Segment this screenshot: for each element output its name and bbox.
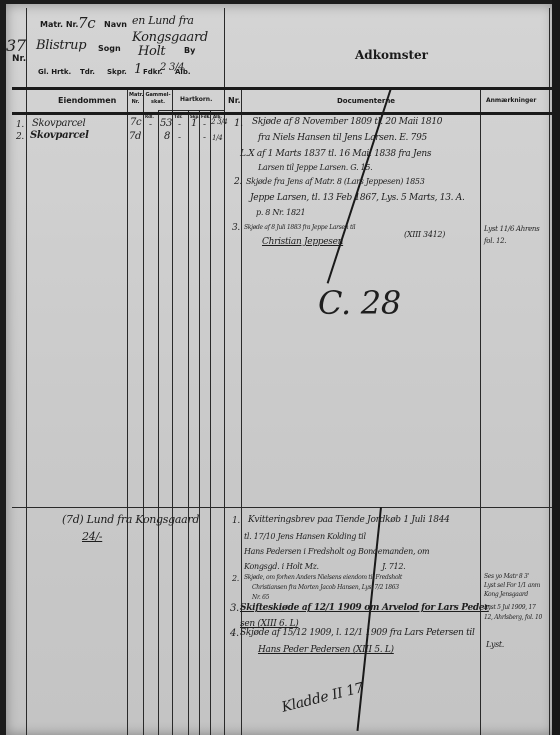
large-note: C. 28 bbox=[318, 284, 401, 322]
column-header-rule bbox=[12, 112, 552, 115]
col-rdl: Rdl. bbox=[145, 114, 154, 119]
doc-line: L.X af 1 Marts 1837 tl. 16 Maii 1838 fra… bbox=[240, 149, 431, 159]
doc-nr: 2. bbox=[232, 574, 239, 583]
by-label: By bbox=[184, 46, 195, 55]
doc-nr: 3. bbox=[232, 223, 240, 233]
doc-line: Skjøde af 8 Juli 1883 fra Jeppe Larsen t… bbox=[244, 224, 355, 231]
skpr-label: Skpr. bbox=[107, 68, 127, 76]
col-fdk: Fdk. bbox=[201, 114, 211, 119]
tdr-label: Tdr. bbox=[80, 68, 95, 76]
col-tdr: Tdr. bbox=[174, 114, 183, 119]
property-name: Skovparcel bbox=[30, 130, 89, 141]
column-divider bbox=[210, 110, 211, 735]
column-divider bbox=[549, 8, 550, 735]
lower-property-text: (7d) Lund fra Kongsgaard bbox=[62, 513, 199, 526]
property-fdk: - bbox=[203, 133, 206, 143]
navn-label: Navn bbox=[104, 20, 127, 29]
property-tdr: - bbox=[178, 120, 181, 130]
property-num: 2. bbox=[16, 132, 24, 142]
matr-label: Matr. Nr. bbox=[40, 20, 78, 29]
annotation: fol. 12. bbox=[484, 237, 506, 245]
doc-line: Larsen til Jeppe Larsen. G. 15. bbox=[258, 163, 372, 172]
property-name: Skovparcel bbox=[32, 118, 85, 129]
doc-line: Kongsgd. i Holt Mz. bbox=[244, 562, 319, 571]
doc-nr: 1. bbox=[234, 118, 243, 129]
annotation: Lyst 11/6 Ahrens bbox=[484, 225, 539, 233]
column-divider bbox=[158, 110, 159, 735]
annotation: Kong Jensgaard bbox=[484, 591, 528, 598]
doc-nr: 3. bbox=[230, 603, 239, 614]
property-alb: 2 3/4 bbox=[211, 118, 227, 126]
col-eiendommen: Eiendommen bbox=[58, 96, 116, 105]
annotation: Lyst. bbox=[486, 640, 504, 649]
column-divider bbox=[199, 110, 200, 735]
property-tdr: - bbox=[178, 133, 181, 143]
by-value: Holt bbox=[138, 44, 165, 59]
page-title: Adkomster bbox=[355, 48, 428, 62]
doc-line: Christiansen fra Morten Jacob Hansen, Ly… bbox=[252, 584, 399, 591]
property-fdk: - bbox=[203, 120, 206, 130]
doc-line: Hans Peder Pedersen (XIII 5. L) bbox=[258, 645, 394, 655]
doc-line: fra Niels Hansen til Jens Larsen. E. 795 bbox=[258, 133, 427, 143]
col-gammel-skat: Gammel-skat. bbox=[145, 92, 171, 106]
doc-line: Jeppe Larsen, tl. 13 Feb 1867, Lys. 5 Ma… bbox=[250, 193, 465, 203]
lower-property-value: 24/- bbox=[82, 530, 102, 543]
col-anmaerkninger: Anmærkninger bbox=[486, 97, 536, 104]
property-rdl: - bbox=[149, 120, 152, 130]
property-num: 1. bbox=[16, 120, 24, 130]
column-divider bbox=[172, 88, 173, 735]
doc-ref: J. 712. bbox=[382, 562, 405, 571]
doc-line: Skjøde fra Jens af Matr. 8 (Lars Jeppese… bbox=[246, 177, 425, 186]
column-divider bbox=[480, 88, 481, 735]
property-matr: 7d bbox=[129, 131, 141, 142]
property-matr: 7c bbox=[130, 117, 141, 128]
doc-line: Hans Pedersen i Fredsholt og Bondemanden… bbox=[244, 547, 429, 556]
doc-line: Skifteskiøde af 12/1 1909 om Arvelod for… bbox=[240, 603, 489, 613]
annotation: Lyst 5 Jul 1909, 17 bbox=[484, 604, 536, 611]
section-rule bbox=[12, 507, 552, 508]
property-skp: 1 bbox=[191, 118, 197, 129]
doc-line: Kvitteringsbrev paa Tiende Jordkøb 1 Jul… bbox=[248, 515, 450, 525]
col-nr: Nr. bbox=[228, 96, 241, 105]
skpr-value: 1 bbox=[134, 62, 142, 77]
column-divider bbox=[127, 88, 128, 735]
page-edge bbox=[552, 0, 560, 735]
sogn-label: Sogn bbox=[98, 44, 121, 53]
doc-line: tl. 17/10 Jens Hansen Kolding til bbox=[244, 532, 366, 541]
doc-line: Nr. 65 bbox=[252, 594, 269, 601]
sogn-value: Blistrup bbox=[36, 38, 86, 53]
doc-line: Skjøde af 8 November 1809 tl. 20 Maii 18… bbox=[252, 117, 442, 127]
matr-value: 7c bbox=[78, 14, 95, 32]
col-matr-nr: Matr. Nr. bbox=[129, 92, 142, 106]
header-rule bbox=[12, 87, 552, 90]
nr-label: Nr. bbox=[12, 54, 26, 64]
navn-value-2: Kongsgaard bbox=[132, 30, 208, 45]
property-alb: 1/4 bbox=[212, 134, 222, 142]
annotation: 12, Ahrlsberg, fol. 10 bbox=[484, 614, 542, 621]
navn-value: en Lund fra bbox=[132, 14, 194, 27]
annotation: Lyst sel For 1/1 anm bbox=[484, 582, 540, 589]
side-note: 37 bbox=[6, 36, 26, 55]
doc-ref: (XIII 3412) bbox=[404, 230, 445, 239]
annotation: Ses yo Matr 8 3' bbox=[484, 573, 529, 580]
doc-line: Christian Jeppesen bbox=[262, 237, 343, 247]
column-divider bbox=[26, 8, 27, 735]
alb-label: Alb. bbox=[175, 68, 191, 76]
doc-nr: 1. bbox=[232, 516, 240, 526]
doc-nr: 2. bbox=[234, 177, 242, 187]
doc-line: p. 8 Nr. 1821 bbox=[256, 208, 305, 217]
doc-line: Skjøde af 15/12 1909, l. 12/1 1909 fra L… bbox=[240, 628, 475, 638]
gl-hrtk-label: Gl. Hrtk. bbox=[38, 68, 71, 76]
property-s: 53 bbox=[160, 118, 172, 129]
doc-line: Skjøde, om forhen Anders Nielsens eiendo… bbox=[244, 574, 402, 581]
doc-nr: 4. bbox=[230, 628, 239, 639]
property-s: 8 bbox=[164, 131, 170, 142]
column-divider bbox=[143, 88, 144, 735]
column-divider bbox=[188, 110, 189, 735]
col-hartkorn: Hartkorn. bbox=[180, 96, 212, 103]
